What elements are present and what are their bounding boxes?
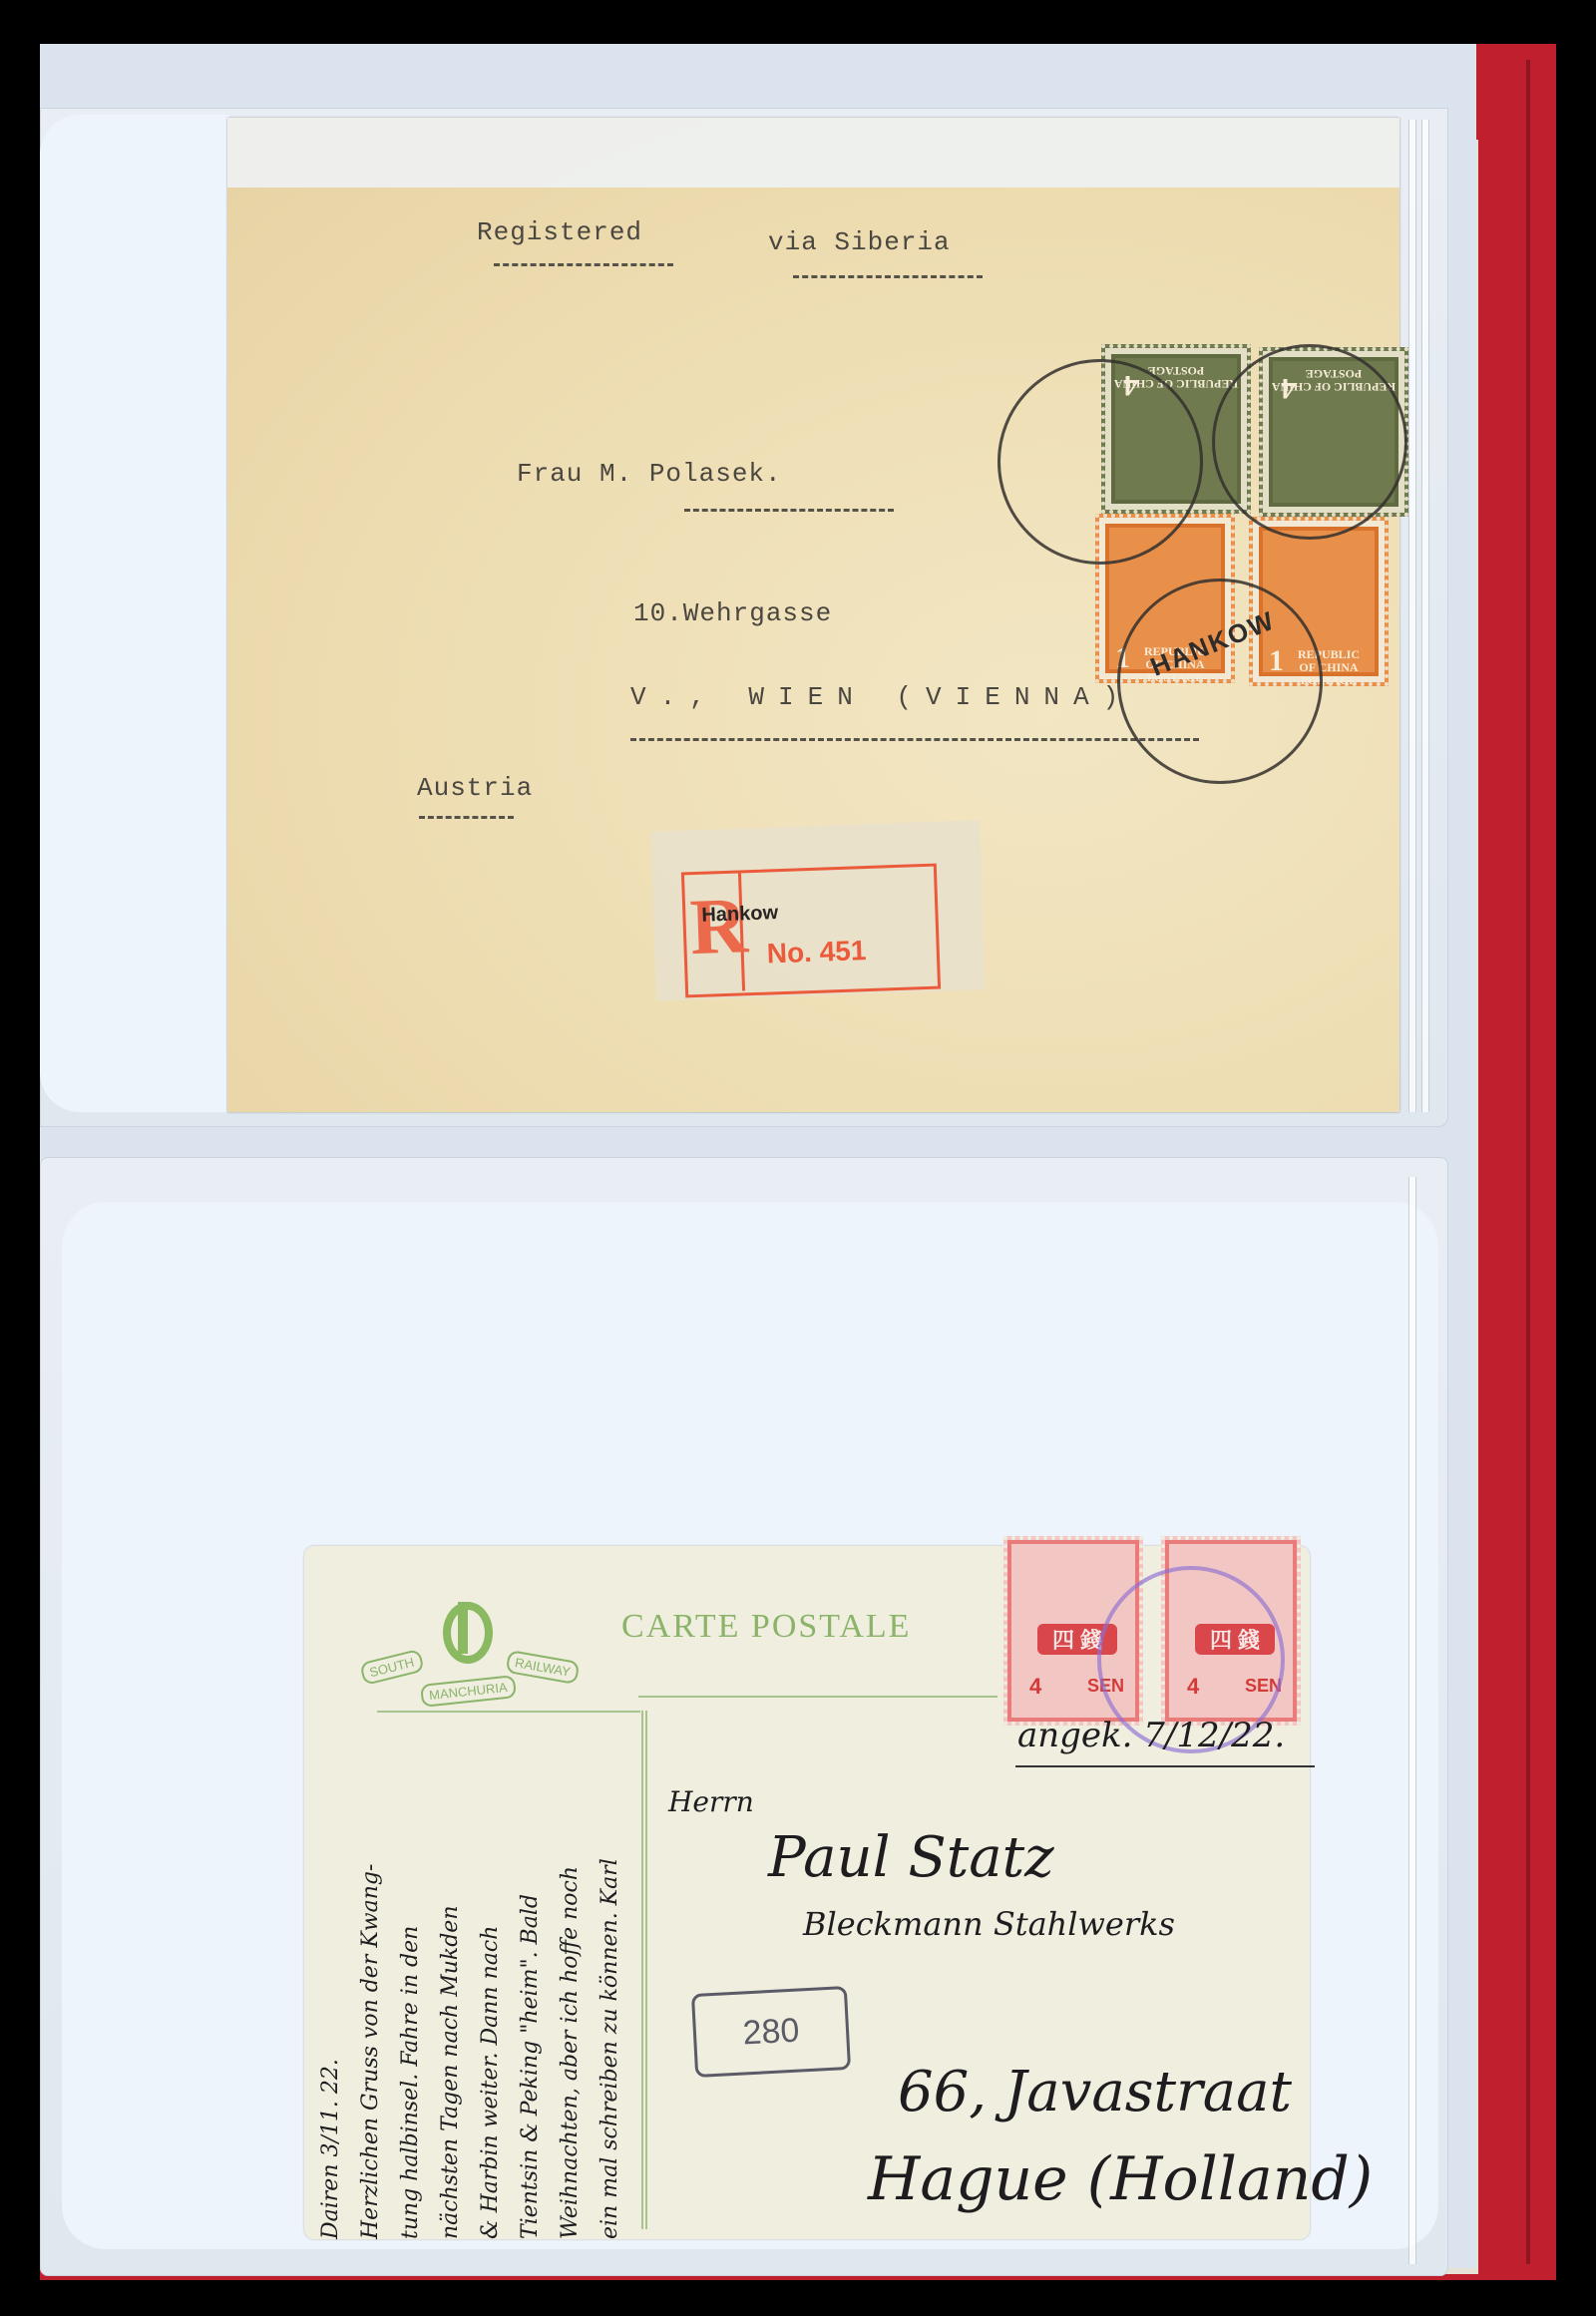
- country: Austria: [417, 773, 533, 803]
- logo-stem: [458, 1602, 468, 1654]
- censor-box-mark: 280: [691, 1986, 851, 2078]
- message-line: Weihnachten, aber ich hoffe noch: [551, 1681, 591, 2239]
- recipient-street: 66, Javastraat: [898, 2060, 1292, 2124]
- registration-box: R Hankow No. 451: [681, 864, 941, 998]
- message-date: Dairen 3/11. 22.: [311, 1681, 351, 2239]
- sleeve-ridge: [1408, 120, 1416, 1112]
- box-mark-number: 280: [742, 2011, 801, 2053]
- recipient-name: Paul Statz: [768, 1825, 1054, 1890]
- salutation: Herrn: [668, 1785, 754, 1818]
- divider: [645, 1711, 647, 2229]
- divider: [638, 1696, 997, 1698]
- street: 10.Wehrgasse: [633, 598, 832, 628]
- message-line: tung halbinsel. Fahre in den: [391, 1681, 431, 2239]
- underline: [494, 263, 673, 266]
- message-line: Herzlichen Gruss von der Kwang-: [351, 1681, 391, 2239]
- underline: [1015, 1765, 1315, 1767]
- underline: [793, 275, 983, 278]
- message-line: Tientsin & Peking "heim". Bald: [511, 1681, 551, 2239]
- underline: [630, 738, 1199, 741]
- postmark-hankow: [1117, 579, 1323, 784]
- city: V., WIEN (VIENNA): [630, 682, 1132, 712]
- postmark: [997, 359, 1203, 565]
- message-line: ein mal schreiben zu können. Karl: [591, 1681, 630, 2239]
- recipient-city: Hague (Holland): [868, 2144, 1373, 2214]
- registration-number: No. 451: [766, 935, 867, 969]
- envelope-torn-edge: [227, 118, 1399, 188]
- divider: [641, 1711, 643, 2229]
- top-backing-card: [40, 115, 229, 1112]
- r-letter: R: [688, 881, 749, 973]
- postmark: [1212, 344, 1407, 540]
- handwritten-message: Dairen 3/11. 22. Herzlichen Gruss von de…: [311, 1681, 640, 2239]
- service-label: Registered: [477, 217, 642, 247]
- sleeve-ridge: [1408, 1177, 1416, 2264]
- underline: [419, 816, 514, 819]
- message-line: & Harbin weiter. Dann nach: [471, 1681, 511, 2239]
- addressee: Frau M. Polasek.: [517, 459, 782, 489]
- underline: [684, 509, 894, 512]
- sleeve-ridge: [1421, 120, 1429, 1112]
- stamp-value: 4: [1029, 1674, 1041, 1700]
- registration-origin: Hankow: [701, 902, 778, 928]
- album-edge: [1526, 60, 1530, 2264]
- message-line: nächsten Tagen nach Mukden: [431, 1681, 471, 2239]
- route-label: via Siberia: [768, 227, 951, 257]
- received-note: angek. 7/12/22.: [1017, 1716, 1285, 1755]
- south-manchuria-railway-logo: [443, 1602, 493, 1664]
- carte-postale-heading: CARTE POSTALE: [621, 1608, 911, 1646]
- recipient-company: Bleckmann Stahlwerks: [803, 1905, 1175, 1943]
